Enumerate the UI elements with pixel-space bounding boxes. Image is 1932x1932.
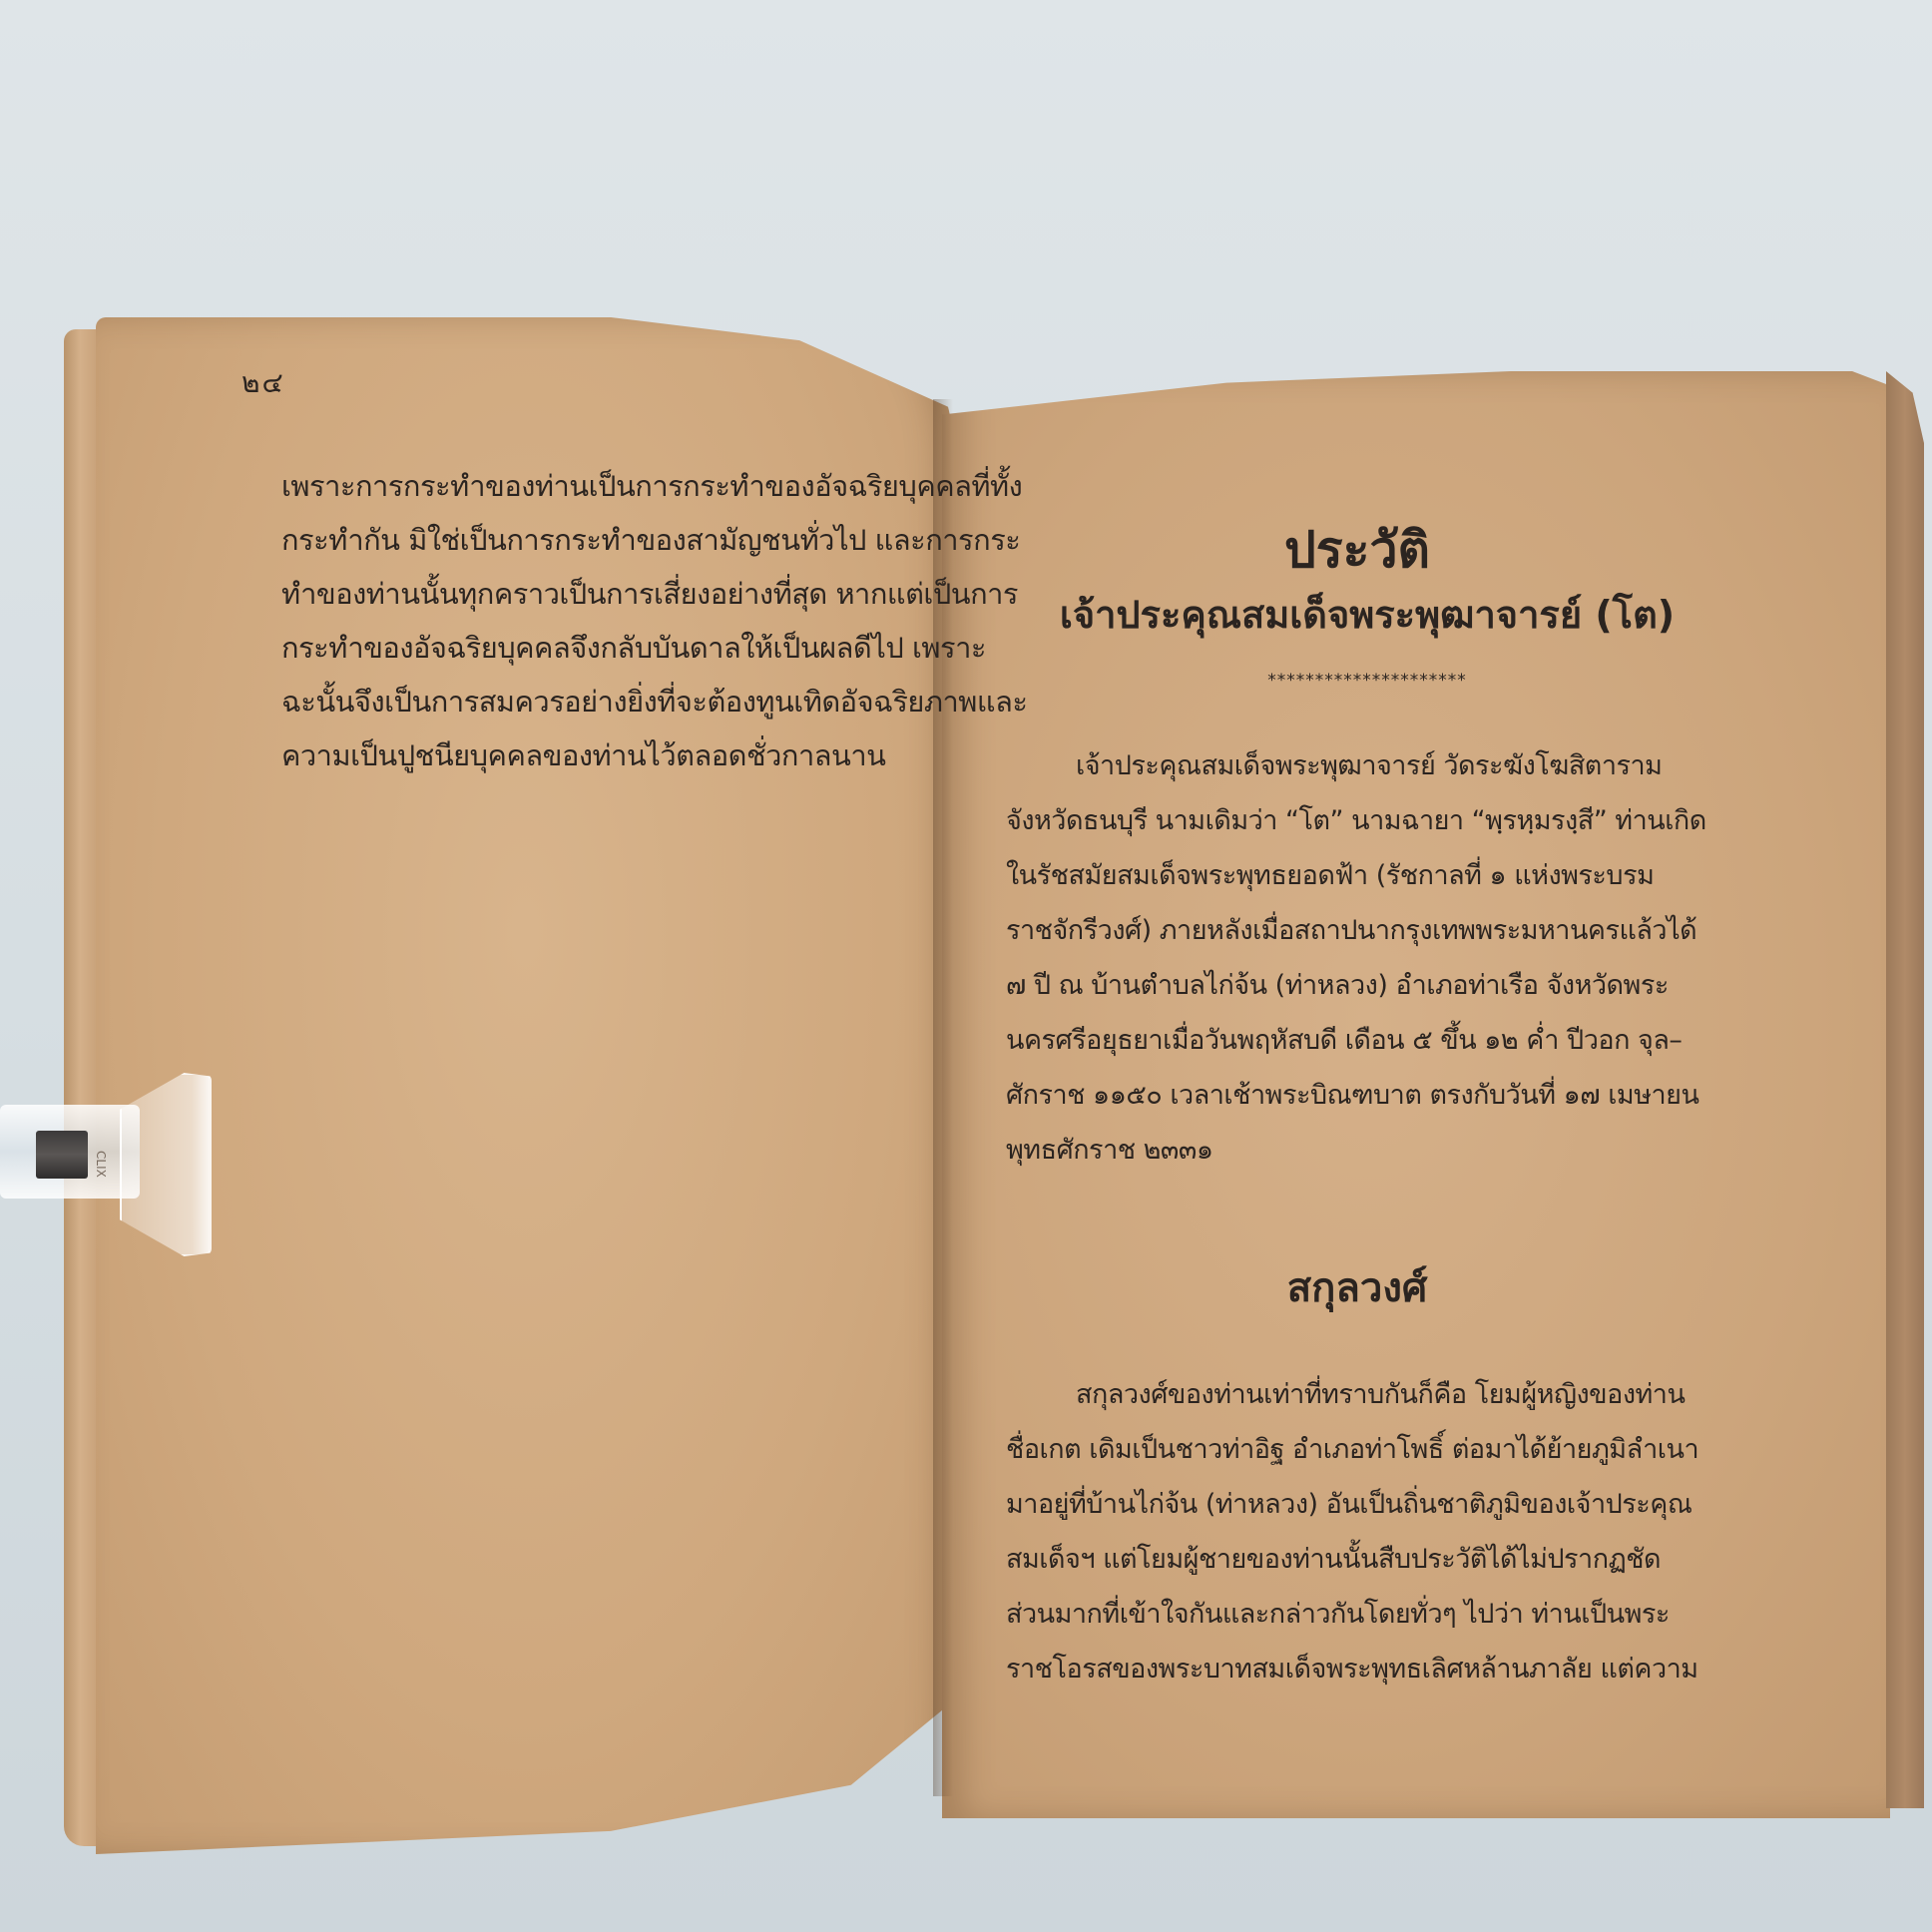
chapter-subtitle: เจ้าประคุณสมเด็จพระพุฒาจารย์ (โต) [988, 584, 1746, 645]
left-page-body: เพราะการกระทำของท่านเป็นการกระทำของอัจฉร… [281, 459, 950, 782]
text-line: กระทำของอัจฉริยบุคคลจึงกลับบันดาลให้เป็น… [281, 621, 950, 675]
text-line: มาอยู่ที่บ้านไก่จ้น (ท่าหลวง) อันเป็นถิ่… [1006, 1477, 1726, 1532]
text-line: จังหวัดธนบุรี นามเดิมว่า “โต” นามฉายา “พ… [1006, 793, 1726, 848]
text-line: ในรัชสมัยสมเด็จพระพุทธยอดฟ้า (รัชกาลที่ … [1006, 848, 1726, 903]
right-page-edge [1886, 371, 1924, 1808]
star-divider: ********************* [998, 671, 1736, 691]
text-line: สมเด็จฯ แต่โยมผู้ชายของท่านนั้นสืบประวัต… [1006, 1532, 1726, 1587]
text-line: ทำของท่านนั้นทุกคราวเป็นการเสี่ยงอย่างที… [281, 567, 950, 621]
text-line: ศักราช ๑๑๕๐ เวลาเช้าพระบิณฑบาต ตรงกับวัน… [1006, 1068, 1726, 1123]
text-line: ราชโอรสของพระบาทสมเด็จพระพุทธเลิศหล้านภา… [1006, 1642, 1726, 1696]
text-line: นครศรีอยุธยาเมื่อวันพฤหัสบดี เดือน ๕ ขึ้… [1006, 1013, 1726, 1068]
text-line: สกุลวงศ์ของท่านเท่าที่ทราบกันก็คือ โยมผู… [1006, 1367, 1726, 1422]
text-line: ฉะนั้นจึงเป็นการสมควรอย่างยิ่งที่จะต้องท… [281, 675, 950, 728]
section-heading: สกุลวงศ์ [998, 1255, 1716, 1319]
text-line: ๗ ปี ณ บ้านตำบลไก่จ้น (ท่าหลวง) อำเภอท่า… [1006, 958, 1726, 1013]
clip-plate [120, 1073, 212, 1256]
text-line: ชื่อเกต เดิมเป็นชาวท่าอิฐ อำเภอท่าโพธิ์ … [1006, 1422, 1726, 1477]
text-line: ความเป็นปูชนียบุคคลของท่านไว้ตลอดชั่วกาล… [281, 728, 950, 782]
text-line: พุทธศักราช ๒๓๓๑ [1006, 1123, 1726, 1178]
biography-paragraph: เจ้าประคุณสมเด็จพระพุฒาจารย์ วัดระฆังโฆส… [1006, 738, 1726, 1178]
text-line: กระทำกัน มิใช่เป็นการกระทำของสามัญชนทั่ว… [281, 513, 950, 567]
clip-brand-label: CLIX [94, 1151, 108, 1178]
lineage-paragraph: สกุลวงศ์ของท่านเท่าที่ทราบกันก็คือ โยมผู… [1006, 1367, 1726, 1696]
text-line: ส่วนมากที่เข้าใจกันและกล่าวกันโดยทั่วๆ ไ… [1006, 1587, 1726, 1642]
page-number: ๒๔ [241, 361, 285, 405]
clip-spring-icon [36, 1131, 88, 1179]
chapter-title: ประวัติ [998, 511, 1716, 590]
page-clip: CLIX [0, 1073, 205, 1252]
text-line: ราชจักรีวงศ์) ภายหลังเมื่อสถาปนากรุงเทพพ… [1006, 903, 1726, 958]
text-line: เพราะการกระทำของท่านเป็นการกระทำของอัจฉร… [281, 459, 950, 513]
text-line: เจ้าประคุณสมเด็จพระพุฒาจารย์ วัดระฆังโฆส… [1006, 738, 1726, 793]
